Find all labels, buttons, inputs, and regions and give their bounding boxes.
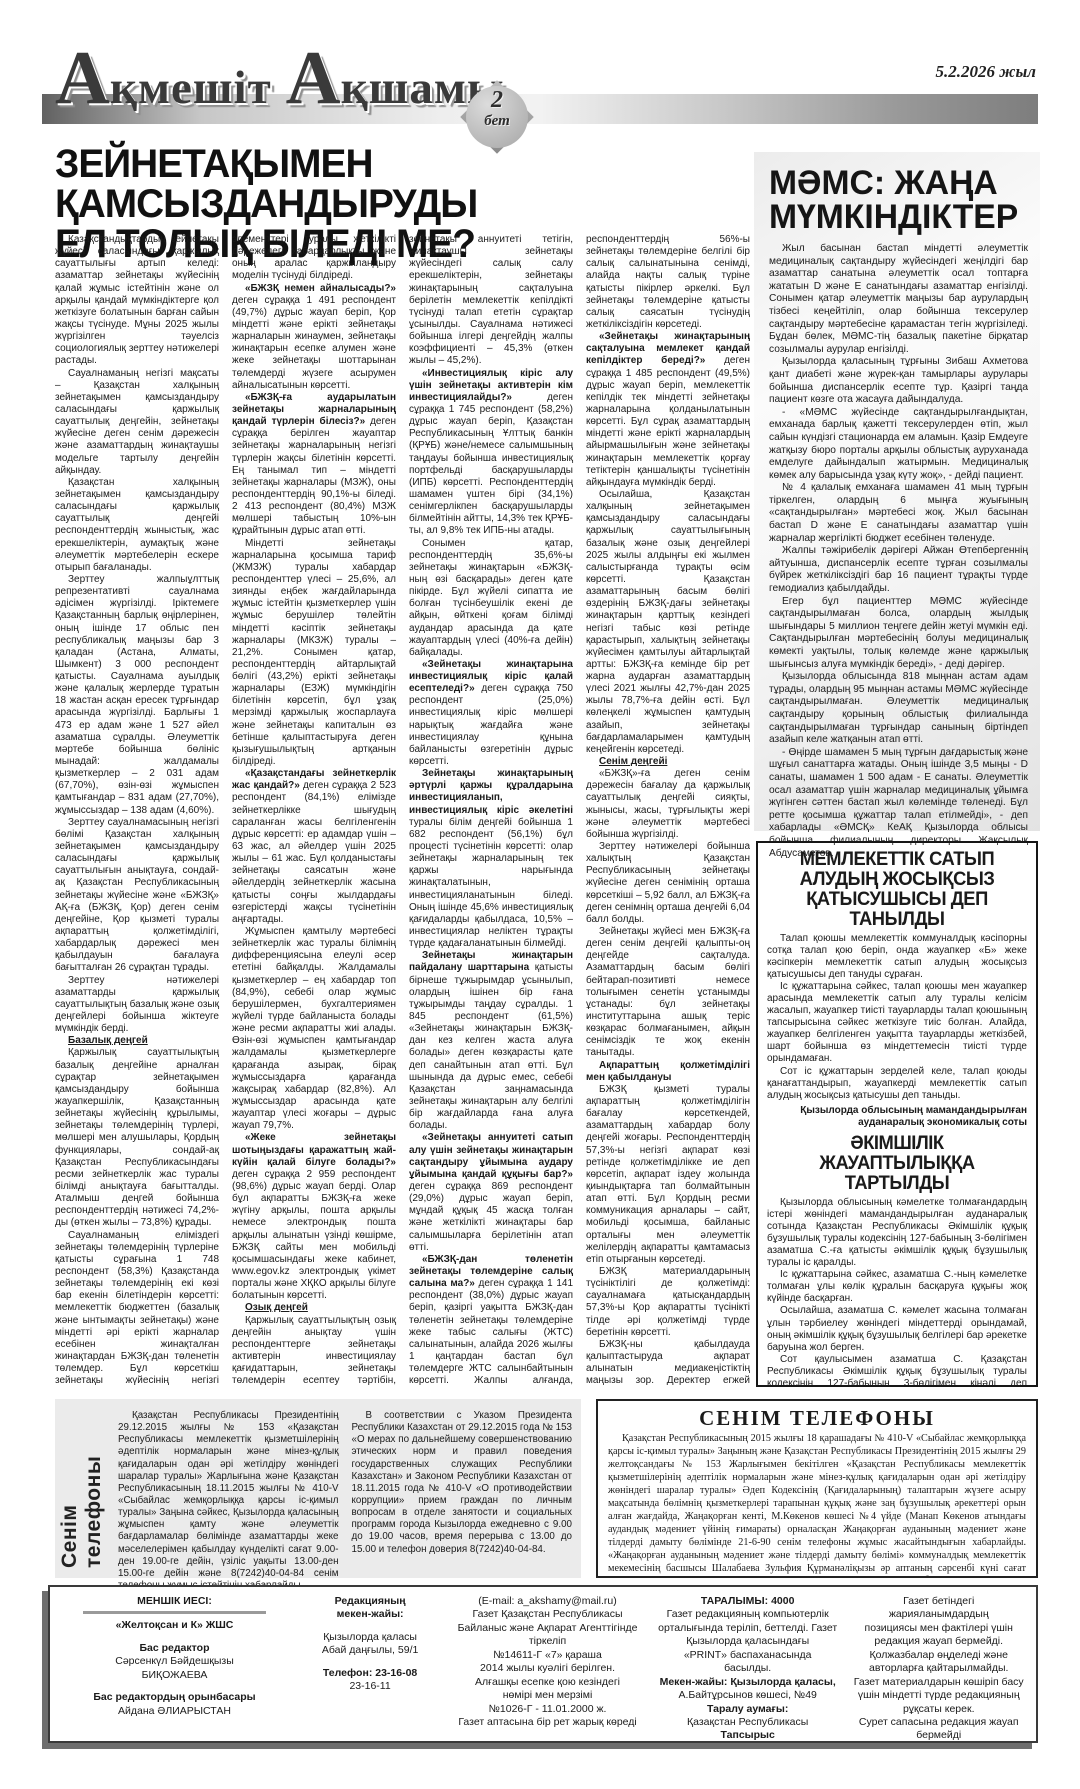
paragraph: Қолжазбалар өңделеді және (852, 1649, 1025, 1662)
paragraph: нөмірі мен мерзімі (452, 1689, 643, 1702)
paragraph (61, 1682, 288, 1691)
paragraph: Сонымен қатар, респонденттердің 35,6%-ы … (409, 538, 573, 659)
paragraph: Қызылорда қаласындағы (657, 1635, 839, 1648)
paragraph: «БЖЗҚ»-ға деген сенім дәрежесін бағалау … (586, 768, 750, 841)
paragraph: Бас редактор (61, 1642, 288, 1655)
subheading: Озық деңгей (232, 1302, 396, 1314)
paragraph: № 4 қалалық емханаға шамамен 41 мың тұрғ… (769, 482, 1028, 545)
paragraph: БИҚОЖАЕВА (61, 1669, 288, 1682)
paragraph: Алғашқы есепке қою кезіндегі (452, 1676, 643, 1689)
trust-phone-russian-text: В соответствии с Указом Президента Респу… (348, 1399, 582, 1578)
paragraph: Редакцияның (302, 1595, 438, 1608)
paragraph: №1026-Г - 11.01.2000 ж. (452, 1703, 643, 1716)
imprint-footer: МЕНШІК ИЕСІ:«Желтоқсан и К» ЖШСБас редак… (48, 1585, 1038, 1743)
paragraph: авторларға қайтарылмайды. (852, 1662, 1025, 1675)
paragraph: - «МӘМС жүйесінде сақтандырылғандықтан, … (769, 407, 1028, 483)
paragraph: Тапсырыс (657, 1729, 839, 1742)
paragraph: Қаржылық сауаттылықтың базалық деңгейіне… (55, 1047, 219, 1229)
paragraph: Газет редакцияның компьютерлік (657, 1608, 839, 1621)
paragraph: Абай даңғылы, 59/1 (302, 1644, 438, 1657)
paragraph: тіркеліп (452, 1635, 643, 1648)
footer-divider (83, 1611, 266, 1614)
paragraph: 2014 жылы куәлігі берілген. (452, 1662, 643, 1675)
trust-phone-box: СЕНІМ ТЕЛЕФОНЫ Қазақстан Республикасының… (596, 1399, 1038, 1578)
paragraph: «Желтоқсан и К» ЖШС (61, 1619, 288, 1632)
paragraph: Сот қаулысымен азаматша С. Қазақстан Рес… (767, 1354, 1027, 1387)
paragraph: Жалпы тәжірибелік дәрігері Айжан Өтепбер… (769, 545, 1028, 595)
subheading: Ақпараттың қолжетімділігі мен қабылдануы (586, 1060, 750, 1084)
page-number-badge: 2 бет (458, 78, 536, 156)
imprint-registration-column: (E-mail: a_akshamy@mail.ru)Газет Қазақст… (445, 1595, 650, 1733)
paragraph: Іс құжаттарына сәйкес, талап қоюшы мен ж… (767, 981, 1027, 1066)
paragraph: Таралу аумағы: (657, 1703, 839, 1716)
court-article-2-title: ӘКІМШІЛІК ЖАУАПТЫЛЫҚҚА ТАРТЫЛДЫ (775, 1134, 1019, 1194)
paragraph: үшін міндетті түрде редакцияның (852, 1689, 1025, 1702)
paragraph: Газет материалдарын көшіріп басу (852, 1676, 1025, 1689)
mams-title: МӘМС: ЖАҢАМҮМКІНДІКТЕР (769, 166, 1025, 234)
paragraph: «Қазақстандағы зейнеткерлік жас қандай?»… (232, 768, 396, 926)
issue-date: 5.2.2026 жыл (936, 62, 1036, 82)
headline-line-1: ЗЕЙНЕТАҚЫМЕН ҚАМСЫЗДАНДЫРУДЫ (55, 144, 695, 224)
paragraph: А.Байтұрсынов көшесі, №49 (657, 1689, 839, 1702)
paragraph: Міндетті зейнетақы жарналарына қосымша т… (232, 538, 396, 769)
paragraph: БЖЗҚ материалдарының түсініктілігі де қо… (586, 1266, 750, 1339)
paragraph: редакция жауап бермейді. (852, 1635, 1025, 1648)
paragraph: МЕНШІК ИЕСІ: (61, 1595, 288, 1608)
paragraph: Зейнетақы жинақтарын пайдалану шарттарын… (409, 950, 573, 1132)
paragraph: Қызылорда қаласы (302, 1631, 438, 1644)
subheading: Сенім деңгейі (586, 756, 750, 768)
paragraph: Зерттеу сауалнамасының негізгі бөлімі Қа… (55, 817, 219, 975)
paragraph: бермейді (852, 1729, 1025, 1742)
paragraph: «Зейнетақы аннуитеті сатып алу үшін зейн… (409, 1132, 573, 1253)
paragraph: Қызылорда облысында 818 мыңнан астам ада… (769, 671, 1028, 747)
imprint-owner-column: МЕНШІК ИЕСІ:«Желтоқсан и К» ЖШСБас редак… (54, 1595, 295, 1733)
paragraph: Газет аптасына бір рет жарық көреді (452, 1716, 643, 1729)
trust-phone-kazakh-text: Қазақстан Республикасы Президентінің 29.… (114, 1399, 348, 1578)
paragraph: Зейнетақы жинақтарының әртүрлі қаржы құр… (409, 768, 573, 950)
newspaper-logo: Ақмешіт Ақшамы (55, 48, 505, 115)
imprint-disclaimer-column: Газет бетіндегі жарияланымдардыңпозицияс… (845, 1595, 1032, 1733)
mams-article: МӘМС: ЖАҢАМҮМКІНДІКТЕР Жыл басынан баста… (754, 152, 1040, 831)
paragraph: ТАРАЛЫМЫ: 4000 (657, 1595, 839, 1608)
paragraph: позициясы мен фактілері үшін (852, 1622, 1025, 1635)
paragraph (302, 1658, 438, 1667)
paragraph: Байланыс және Ақпарат Агенттігінде (452, 1622, 643, 1635)
paragraph: рұқсаты керек. (852, 1703, 1025, 1716)
paragraph: Осылайша, азаматша С. кәмелет жасына тол… (767, 1305, 1027, 1353)
paragraph (61, 1633, 288, 1642)
paragraph: Жыл басынан бастап міндетті әлеуметтік м… (769, 243, 1028, 356)
court-news-box: МЕМЛЕКЕТТІК САТЫП АЛУДЫҢ ЖОСЫҚСЫЗ ҚАТЫСУ… (756, 841, 1038, 1387)
imprint-circulation-column: ТАРАЛЫМЫ: 4000Газет редакцияның компьюте… (650, 1595, 846, 1733)
paragraph: «БЖЗҚ-ға аударылатын зейнетақы жарналары… (232, 392, 396, 538)
paragraph: Айдана ӘЛИАРЫСТАН (61, 1705, 288, 1718)
paragraph: Іс құжаттарына сәйкес, азаматша С.-ның к… (767, 1269, 1027, 1305)
paragraph: Егер бұл пациенттер МӘМС жүйесінде сақта… (769, 596, 1028, 672)
trust-phone-vertical-label: Сенім телефоны (55, 1399, 114, 1578)
paragraph: «Зейнетақы жинақтарының сақталуына мемле… (586, 331, 750, 489)
paragraph: Қазақстан Республикасы (657, 1716, 839, 1729)
court-article-1-title: МЕМЛЕКЕТТІК САТЫП АЛУДЫҢ ЖОСЫҚСЫЗ ҚАТЫСУ… (775, 850, 1019, 930)
paragraph: Қызылорда қаласының тұрғыны Зибаш Ахмето… (769, 356, 1028, 406)
paragraph: Зейнетақы жүйесі мен БЖЗҚ-ға деген сенім… (586, 926, 750, 1060)
paragraph: «PRINT» баспаханасында (657, 1649, 839, 1662)
paragraph: Зерттеу нәтижелері бойынша халықтың Қаза… (586, 841, 750, 926)
signature: Қызылорда облысының мамандандырылған ауд… (767, 1105, 1027, 1129)
paragraph: 23-16-11 (302, 1680, 438, 1693)
paragraph: «Инвестициялық кіріс алу үшін зейнетақы … (409, 368, 573, 538)
paragraph (302, 1622, 438, 1631)
subheading: Базалық деңгей (55, 1035, 219, 1047)
trust-phone-box-title: СЕНІМ ТЕЛЕФОНЫ (608, 1406, 1026, 1431)
trust-phone-announcement: Сенім телефоны Қазақстан Республикасы Пр… (55, 1399, 581, 1578)
imprint-address-column: Редакцияныңмекен-жайы:Қызылорда қаласыАб… (295, 1595, 445, 1733)
paragraph: Газет бетіндегі жарияланымдардың (852, 1595, 1025, 1622)
paragraph: Жұмыспен қамтылу мәртебесі зейнеткерлік … (232, 926, 396, 1132)
paragraph: Қызылорда облысының кәмелетке толмағанда… (767, 1197, 1027, 1270)
paragraph: Мекен-жайы: Қызылорда қаласы, (657, 1676, 839, 1689)
paragraph: Телефон: 23-16-08 (302, 1667, 438, 1680)
paragraph: басылды. (657, 1662, 839, 1675)
paragraph: «Зейнетақы жинақтарына инвестициялық кір… (409, 659, 573, 768)
logo-word-1: Ақмешіт (55, 48, 272, 115)
paragraph: мекен-жайы: (302, 1608, 438, 1621)
paragraph: Газет Қазақстан Республикасы (452, 1608, 643, 1621)
paragraph: Осылайша, Қазақстан халқының зейнетақыме… (586, 489, 750, 756)
paragraph: Бас редактордың орынбасары (61, 1691, 288, 1704)
court-article-1-body: Талап қоюшы мемлекеттік коммуналдық кәсі… (767, 933, 1027, 1130)
main-article-body: Қазақстандықтардың зейнетақы жүйесі сала… (55, 234, 750, 1392)
paragraph: (E-mail: a_akshamy@mail.ru) (452, 1595, 643, 1608)
paragraph: Қазақстан халқының зейнетақымен қамсызда… (55, 477, 219, 574)
mams-article-body: Жыл басынан бастап міндетті әлеуметтік м… (769, 243, 1028, 860)
paragraph: Сот іс құжаттарын зерделей келе, талап қ… (767, 1066, 1027, 1102)
paragraph: №14611-Г «7» қараша (452, 1649, 643, 1662)
newspaper-page: Ақмешіт Ақшамы 5.2.2026 жыл 2 бет ЗЕЙНЕТ… (0, 0, 1080, 1789)
paragraph: орталығында теріліп, беттелді. Газет (657, 1622, 839, 1635)
paragraph: «Жеке зейнетақы шотыңыздағы қаражаттың ж… (232, 1132, 396, 1302)
paragraph: Зерттеу нәтижелері азаматтарды қаржылық … (55, 975, 219, 1036)
paragraph: БЖЗҚ қызметі туралы ақпараттың қолжетімд… (586, 1084, 750, 1266)
paragraph: Талап қоюшы мемлекеттік коммуналдық кәсі… (767, 933, 1027, 981)
paragraph: «БЖЗҚ немен айналысады?» деген сұраққа 1… (232, 283, 396, 392)
trust-phone-box-text: Қазақстан Республикасының 2015 жылғы 18 … (608, 1433, 1026, 1578)
paragraph: Сәрсенкүл Бәйдешқызы (61, 1655, 288, 1668)
paragraph: Сурет сапасына редакция жауап (852, 1716, 1025, 1729)
paragraph: Қазақстандықтардың зейнетақы жүйесі сала… (55, 234, 219, 368)
court-article-2-body: Қызылорда облысының кәмелетке толмағанда… (767, 1197, 1027, 1387)
page-number-text: 2 бет (458, 88, 536, 130)
paragraph: Сауалнаманың негізгі мақсаты – Қазақстан… (55, 368, 219, 477)
paragraph: Зерттеу жалпыұлттық репрезентативті сауа… (55, 574, 219, 817)
